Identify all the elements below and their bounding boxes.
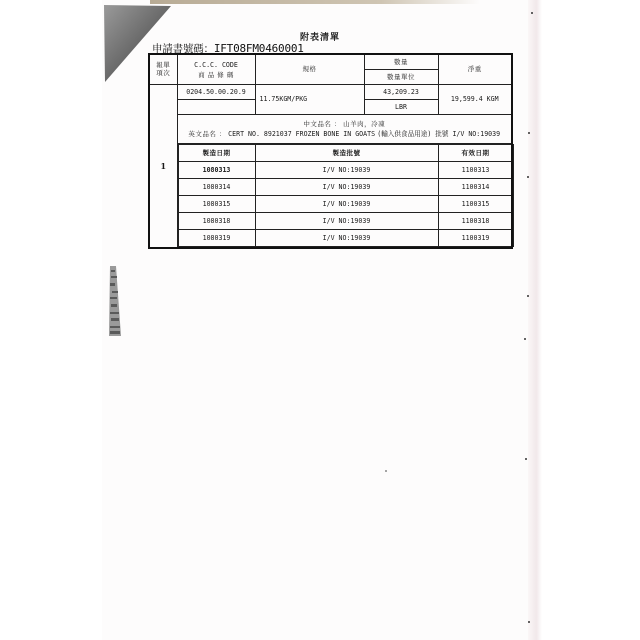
batch-no: I/V NO:19039	[255, 230, 438, 247]
quantity-unit-value: LBR	[364, 100, 438, 115]
header-quantity-unit: 數量單位	[364, 70, 438, 85]
expiry-date: 1100313	[438, 162, 513, 179]
dust-speck	[525, 458, 527, 460]
english-name-suffix: (輸入供食品用途) 批號 I/V NO:19039	[377, 130, 500, 138]
barcode-value	[177, 100, 255, 115]
batch-no: I/V NO:19039	[255, 162, 438, 179]
expiry-date: 1100318	[438, 213, 513, 230]
production-date: 1080318	[178, 213, 255, 230]
dust-speck	[527, 176, 529, 178]
header-ccc-code-line1: C.C.C. CODE	[178, 60, 255, 70]
document-title: 附表清單	[300, 30, 340, 43]
batch-table-cell: 製造日期 製造批號 有效日期 1080313 I/V NO:19039 1100…	[177, 144, 512, 249]
quantity-value: 43,209.23	[364, 85, 438, 100]
batch-row: 1080318 I/V NO:19039 1100318	[178, 213, 513, 230]
barcode-stamp-icon	[108, 266, 122, 342]
batch-row: 1080319 I/V NO:19039 1100319	[178, 230, 513, 247]
header-batch-no: 製造批號	[255, 145, 438, 162]
expiry-date: 1100315	[438, 196, 513, 213]
attachment-table: 報單項次 C.C.C. CODE 商 品 條 碼 規格 數量 淨重 數量單位 1…	[148, 53, 513, 249]
item-number: 1	[149, 85, 177, 249]
production-date: 1080315	[178, 196, 255, 213]
page-edge-shadow	[528, 0, 542, 640]
batch-no: I/V NO:19039	[255, 213, 438, 230]
header-quantity: 數量	[364, 54, 438, 70]
english-name-line: 英文品名 ： CERT NO. 8921037 FROZEN BONE IN G…	[181, 129, 509, 139]
production-date: 1080314	[178, 179, 255, 196]
product-description: 中文品名 ： 山羊肉，冷凍 英文品名 ： CERT NO. 8921037 FR…	[177, 115, 512, 144]
dust-speck	[528, 621, 530, 623]
header-net-weight: 淨重	[438, 54, 512, 85]
expiry-date: 1100319	[438, 230, 513, 247]
dust-speck	[528, 132, 530, 134]
production-date: 1080313	[178, 162, 255, 179]
dust-speck	[531, 12, 533, 14]
top-edge-strip	[150, 0, 480, 4]
batch-no: I/V NO:19039	[255, 179, 438, 196]
english-name-label: 英文品名 ：	[188, 130, 226, 138]
ccc-code-value: 0204.50.00.20.9	[177, 85, 255, 100]
production-date: 1080319	[178, 230, 255, 247]
batch-row: 1080314 I/V NO:19039 1100314	[178, 179, 513, 196]
header-ccc-code: C.C.C. CODE 商 品 條 碼	[177, 54, 255, 85]
batch-row: 1080315 I/V NO:19039 1100315	[178, 196, 513, 213]
dust-speck	[385, 470, 387, 472]
batch-no: I/V NO:19039	[255, 196, 438, 213]
batch-table: 製造日期 製造批號 有效日期 1080313 I/V NO:19039 1100…	[178, 144, 514, 247]
header-expiry-date: 有效日期	[438, 145, 513, 162]
expiry-date: 1100314	[438, 179, 513, 196]
header-spec: 規格	[255, 54, 364, 85]
chinese-name-value: 山羊肉，冷凍	[343, 120, 385, 128]
header-item-no-text: 報單項次	[156, 61, 170, 77]
spec-value: 11.75KGM/PKG	[255, 85, 364, 115]
english-name-value: CERT NO. 8921037 FROZEN BONE IN GOATS	[228, 130, 375, 138]
chinese-name-line: 中文品名 ： 山羊肉，冷凍	[181, 119, 509, 129]
chinese-name-label: 中文品名 ：	[303, 120, 341, 128]
dust-speck	[527, 295, 529, 297]
header-production-date: 製造日期	[178, 145, 255, 162]
header-ccc-code-line2: 商 品 條 碼	[178, 70, 255, 80]
net-weight-value: 19,599.4 KGM	[438, 85, 512, 115]
batch-row: 1080313 I/V NO:19039 1100313	[178, 162, 513, 179]
dust-speck	[524, 338, 526, 340]
header-item-no: 報單項次	[149, 54, 177, 85]
